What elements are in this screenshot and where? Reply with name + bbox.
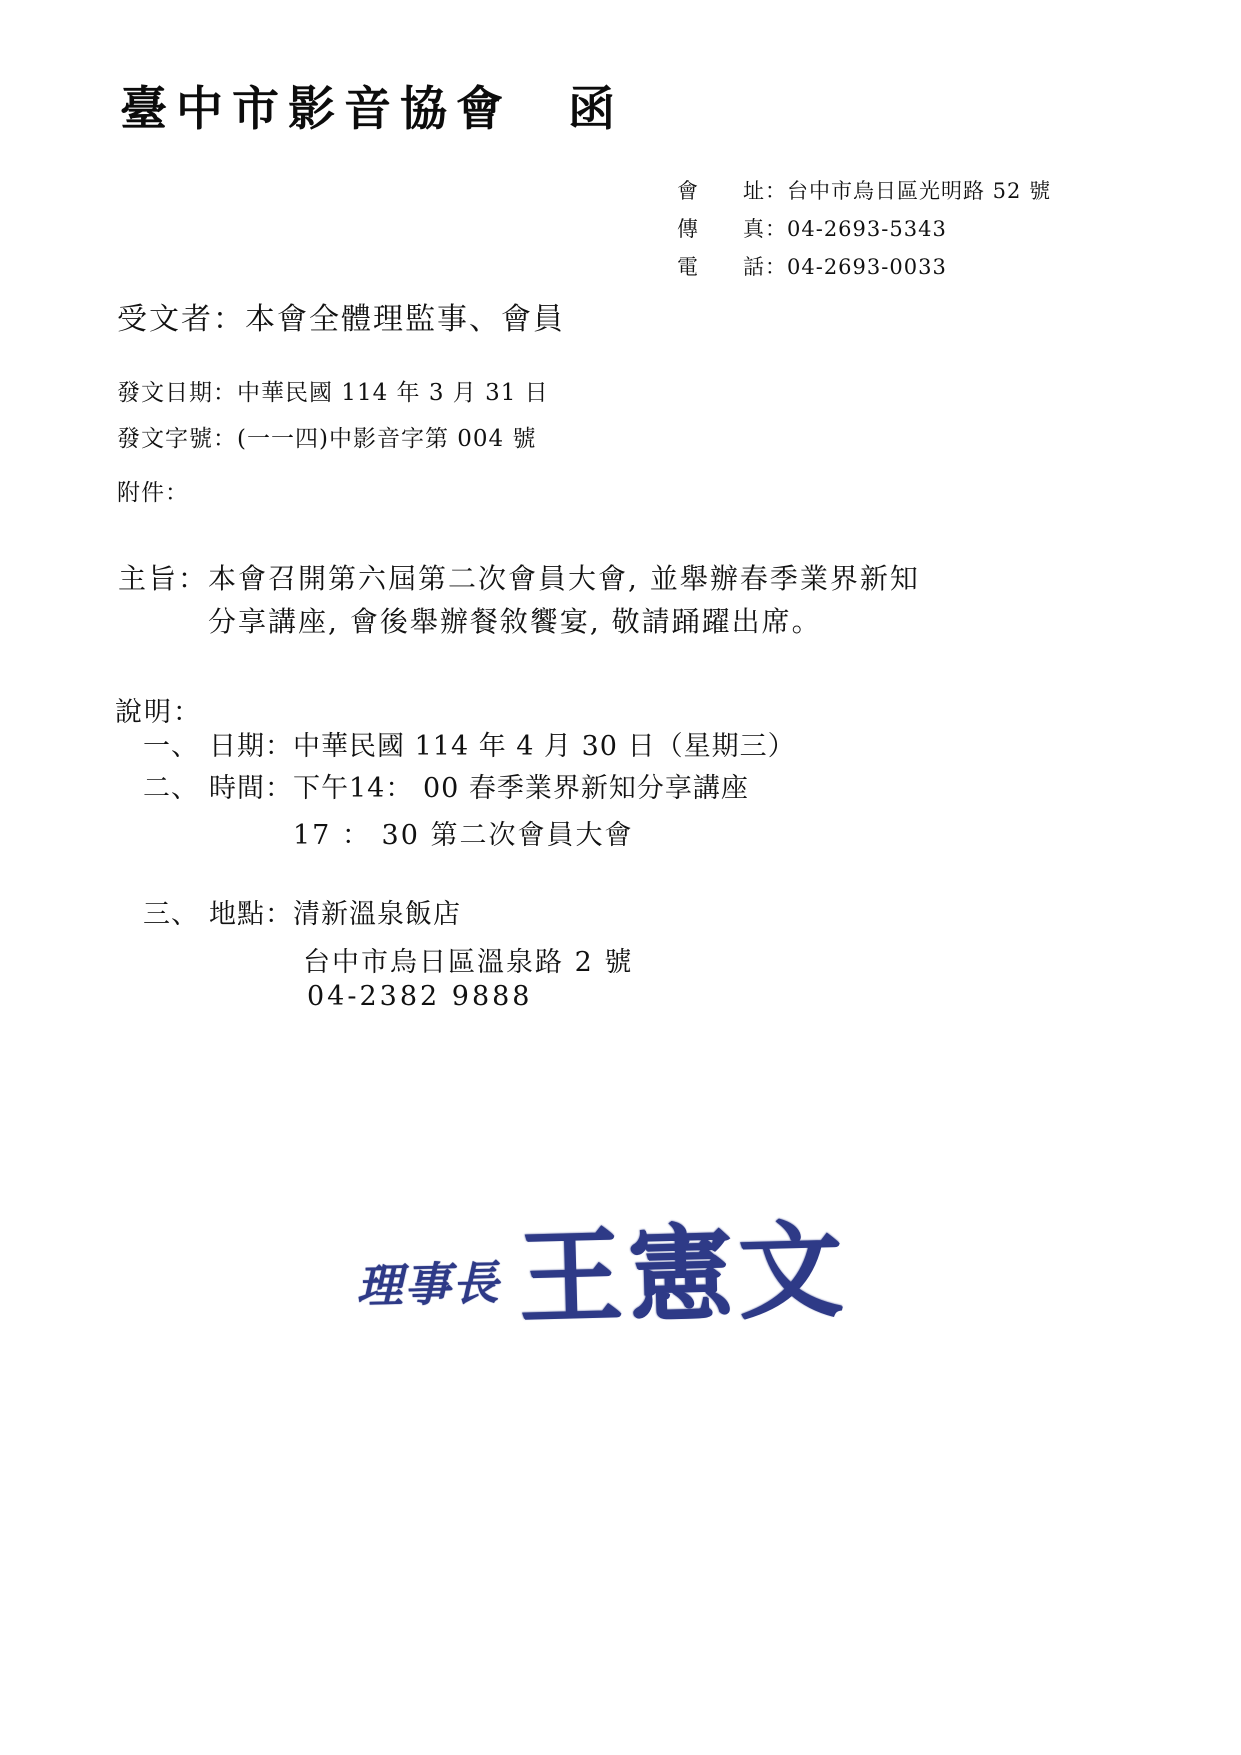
stamp-chairman-name: 王憲文 <box>516 1186 850 1345</box>
note-item-2-text: 時間：下午14： 00 春季業界新知分享講座 <box>209 773 749 804</box>
note-item-1-text: 日期：中華民國 114 年 4 月 30 日（星期三） <box>209 731 796 762</box>
note-item-1: 一、日期：中華民國 114 年 4 月 30 日（星期三） <box>143 729 796 765</box>
contact-info-block: 會 址：台中市烏日區光明路 52 號 傳 真：04-2693-5343 電 話：… <box>677 172 1051 286</box>
explanation-heading: 說明： <box>115 690 202 729</box>
note-item-1-number: 一、 <box>143 731 199 762</box>
official-letter-page: 臺中市影音協會 函 會 址：台中市烏日區光明路 52 號 傳 真：04-2693… <box>0 0 1241 1755</box>
subject-label: 主旨： <box>118 557 208 600</box>
contact-address-line: 會 址：台中市烏日區光明路 52 號 <box>677 172 1051 210</box>
issue-number-line: 發文字號：(一一四)中影音字第 004 號 <box>117 420 536 453</box>
subject-line-1: 本會召開第六屆第二次會員大會, 並舉辦春季業界新知 <box>208 562 920 595</box>
contact-phone-line: 電 話：04-2693-0033 <box>677 248 1051 286</box>
note-item-3-number: 三、 <box>143 899 199 930</box>
subject-text: 本會召開第六屆第二次會員大會, 並舉辦春季業界新知分享講座, 會後舉辦餐敘饗宴,… <box>208 557 920 643</box>
attachment-line: 附件： <box>117 474 189 507</box>
subject-block: 主旨： 本會召開第六屆第二次會員大會, 並舉辦春季業界新知分享講座, 會後舉辦餐… <box>118 557 920 643</box>
contact-fax-line: 傳 真：04-2693-5343 <box>677 210 1051 248</box>
subject-line-2: 分享講座, 會後舉辦餐敘饗宴, 敬請踊躍出席。 <box>208 605 822 638</box>
note-item-2-number: 二、 <box>143 773 199 804</box>
note-item-2: 二、時間：下午14： 00 春季業界新知分享講座 <box>143 771 749 807</box>
note-item-3-address: 台中市烏日區溫泉路 2 號 <box>303 940 633 979</box>
note-item-3-phone: 04-2382 9888 <box>307 981 533 1012</box>
note-item-3-text: 地點：清新溫泉飯店 <box>209 899 461 930</box>
note-item-2-continuation: 17 ： 30 第二次會員大會 <box>293 813 633 852</box>
issue-date-line: 發文日期：中華民國 114 年 3 月 31 日 <box>117 374 549 407</box>
recipient-line: 受文者：本會全體理監事、會員 <box>117 294 565 338</box>
chairman-name-stamp: 理事長 王憲文 <box>354 1186 850 1349</box>
document-title: 臺中市影音協會 函 <box>120 72 624 139</box>
note-item-3: 三、地點：清新溫泉飯店 <box>143 897 461 933</box>
stamp-chairman-title: 理事長 <box>355 1247 501 1317</box>
